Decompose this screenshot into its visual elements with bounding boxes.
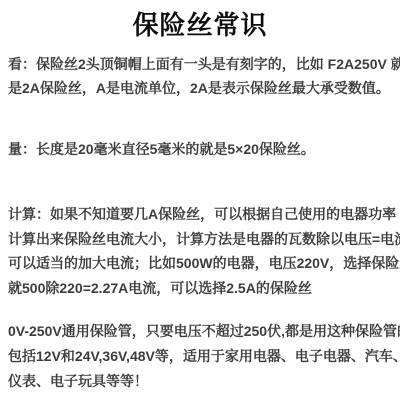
- text-line: 看：保险丝2头顶铜帽上面有一头是有刻字的，比如 F2A250V 就表示: [8, 52, 398, 76]
- paragraph-measure: 量：长度是20毫米直径5毫米的就是5×20保险丝。: [8, 137, 398, 161]
- text-line: 可以适当的加大电流；比如500W的电器，电压220V，选择保险丝: [8, 251, 398, 276]
- page-title: 保险丝常识: [0, 8, 400, 42]
- text-line: 就500除220=2.27A电流，可以选择2.5A的保险丝: [8, 276, 398, 301]
- text-line: 0V-250V通用保险管，只要电压不超过250伏,都是用这种保险管的,: [8, 319, 398, 344]
- text-line: 包括12V和24V,36V,48V等，适用于家用电器、电子电器、汽车、: [8, 344, 398, 369]
- paragraph-look: 看：保险丝2头顶铜帽上面有一头是有刻字的，比如 F2A250V 就表示 是2A保…: [8, 52, 398, 100]
- text-line: 是2A保险丝，A是电流单位，2A是表示保险丝最大承受数值。: [8, 76, 398, 100]
- paragraph-voltage-range: 0V-250V通用保险管，只要电压不超过250伏,都是用这种保险管的, 包括12…: [8, 319, 398, 394]
- fuse-knowledge-page: 保险丝常识 看：保险丝2头顶铜帽上面有一头是有刻字的，比如 F2A250V 就表…: [0, 0, 400, 400]
- text-line: 计算：如果不知道要几A保险丝，可以根据自己使用的电器功率: [8, 202, 398, 227]
- text-line: 计算出来保险丝电流大小，计算方法是电器的瓦数除以电压=电流A；: [8, 227, 398, 252]
- text-line: 量：长度是20毫米直径5毫米的就是5×20保险丝。: [8, 137, 398, 161]
- text-line: 仪表、电子玩具等等！: [8, 369, 398, 394]
- paragraph-calculate: 计算：如果不知道要几A保险丝，可以根据自己使用的电器功率 计算出来保险丝电流大小…: [8, 202, 398, 300]
